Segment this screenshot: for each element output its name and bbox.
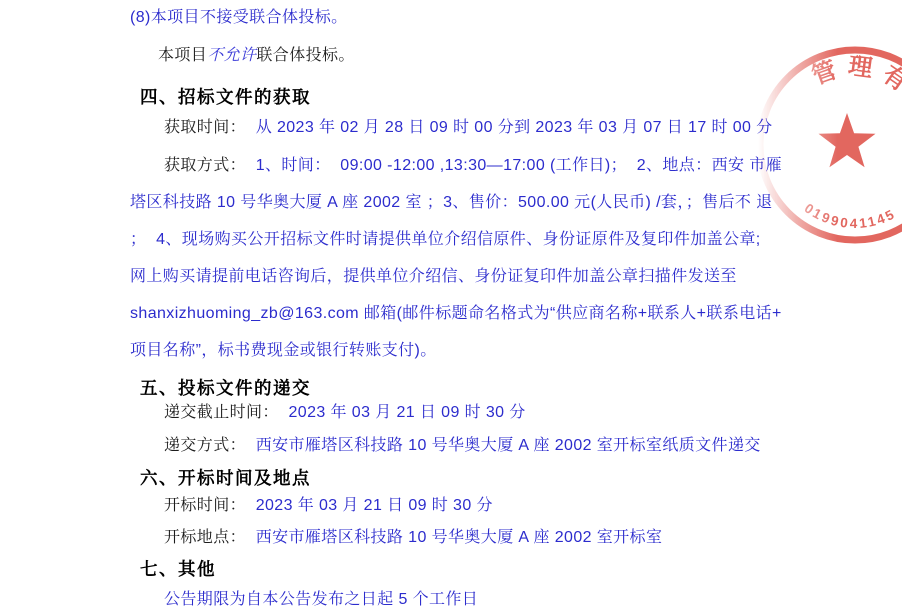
text-segment: 西安市雁塔区科技路 10 号华奥大厦 A 座 2002 室开标室 <box>256 529 663 546</box>
text-segment: 2023 年 03 月 21 日 09 时 30 分 <box>289 404 526 421</box>
document-line: 开标地点： 西安市雁塔区科技路 10 号华奥大厦 A 座 2002 室开标室 <box>164 528 662 547</box>
text-segment: shanxizhuoming_zb@163.com 邮箱(邮件标题命名格式为“供… <box>130 305 782 322</box>
document-line: 网上购买请提前电话咨询后，提供单位介绍信、身份证复印件加盖公章扫描件发送至 <box>130 267 737 286</box>
star-icon <box>819 113 876 167</box>
document-page: { "page": { "background": "#ffffff", "bo… <box>0 0 902 609</box>
text-segment: 不允许 <box>207 47 256 64</box>
text-segment: 联合体投标。 <box>256 47 354 64</box>
document-line: 递交截止时间： 2023 年 03 月 21 日 09 时 30 分 <box>164 403 526 422</box>
document-line: 获取方式： 1、时间： 09:00 -12:00 ,13:30—17:00 (工… <box>164 156 782 175</box>
text-segment: 2023 年 03 月 21 日 09 时 30 分 <box>256 497 493 514</box>
document-line: 获取时间： 从 2023 年 02 月 28 日 09 时 00 分到 2023… <box>164 118 773 137</box>
seal-ring <box>760 50 902 240</box>
document-line: ； 4、现场购买公开招标文件时请提供单位介绍信原件、身份证原件及复印件加盖公章; <box>130 230 761 249</box>
text-segment: 1、时间： 09:00 -12:00 ,13:30—17:00 (工作日)； 2… <box>256 157 782 174</box>
text-segment: 从 2023 年 02 月 28 日 09 时 00 分到 2023 年 03 … <box>256 119 773 136</box>
text-segment: (8)本项目不接受联合体投标。 <box>130 9 348 26</box>
section-heading: 七、其他 <box>140 556 216 581</box>
document-line: (8)本项目不接受联合体投标。 <box>130 8 348 27</box>
text-segment: 西安市雁塔区科技路 10 号华奥大厦 A 座 2002 室开标室纸质文件递交 <box>256 437 761 454</box>
text-segment: 开标时间： <box>164 497 256 514</box>
text-segment: 塔区科技路 10 号华奥大厦 A 座 2002 室 ；3、售价：500.00 元… <box>130 194 773 211</box>
document-line: 开标时间： 2023 年 03 月 21 日 09 时 30 分 <box>164 496 493 515</box>
document-line: 公告期限为自本公告发布之日起 5 个工作日 <box>164 590 478 609</box>
text-segment: 开标地点： <box>164 529 256 546</box>
text-segment: 递交方式： <box>164 437 256 454</box>
text-segment: 获取方式： <box>164 157 256 174</box>
section-heading: 五、投标文件的递交 <box>140 375 311 400</box>
seal-serial-number: 0199041145 <box>802 200 899 231</box>
section-heading: 六、开标时间及地点 <box>140 465 311 490</box>
document-line: 递交方式： 西安市雁塔区科技路 10 号华奥大厦 A 座 2002 室开标室纸质… <box>164 436 761 455</box>
text-segment: 六、开标时间及地点 <box>140 468 311 488</box>
document-line: 塔区科技路 10 号华奥大厦 A 座 2002 室 ；3、售价：500.00 元… <box>130 193 773 212</box>
text-segment: 四、招标文件的获取 <box>140 87 311 107</box>
text-segment: 获取时间： <box>164 119 256 136</box>
seal-arc-text: 管理有 <box>808 53 902 102</box>
text-segment: ； 4、现场购买公开招标文件时请提供单位介绍信原件、身份证原件及复印件加盖公章; <box>130 231 761 248</box>
document-line: shanxizhuoming_zb@163.com 邮箱(邮件标题命名格式为“供… <box>130 304 782 323</box>
text-segment: 项目名称”，标书费现金或银行转账支付)。 <box>130 342 437 359</box>
company-seal: 管理有 0199041145 <box>758 24 902 262</box>
text-segment: 本项目 <box>158 47 207 64</box>
text-segment: 公告期限为自本公告发布之日起 5 个工作日 <box>164 591 478 608</box>
text-segment: 七、其他 <box>140 559 216 579</box>
document-line: 本项目不允许联合体投标。 <box>158 46 355 65</box>
text-segment: 网上购买请提前电话咨询后，提供单位介绍信、身份证复印件加盖公章扫描件发送至 <box>130 268 737 285</box>
text-segment: 递交截止时间： <box>164 404 289 421</box>
text-segment: 五、投标文件的递交 <box>140 378 311 398</box>
document-line: 项目名称”，标书费现金或银行转账支付)。 <box>130 341 437 360</box>
section-heading: 四、招标文件的获取 <box>140 84 311 109</box>
